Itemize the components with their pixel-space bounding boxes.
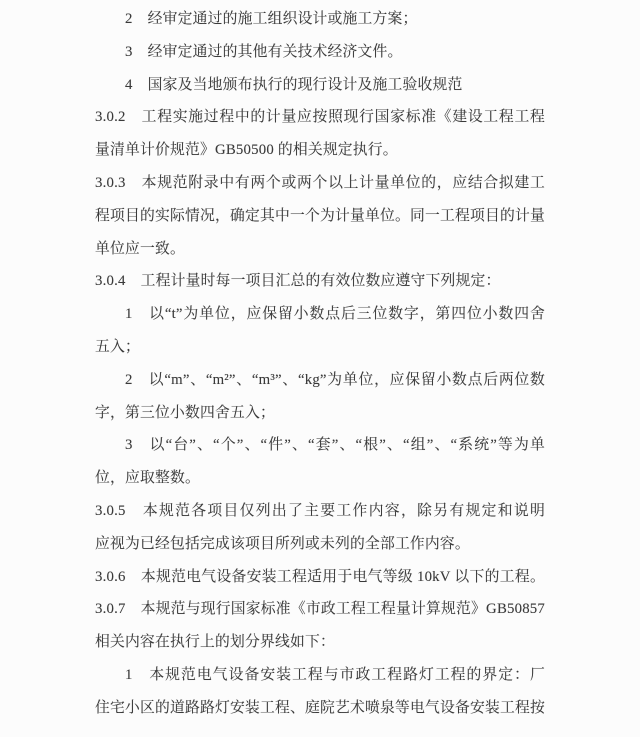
- clause-3-0-4-item-2-line-1: 2 以“m”、“m²”、“m³”、“kg”为单位，应保留小数点后两位数: [95, 364, 545, 397]
- clause-3-0-5-line-2: 应视为已经包括完成该项目所列或未列的全部工作内容。: [95, 528, 545, 561]
- list-item-4-line: 4 国家及当地颁布执行的现行设计及施工验收规范: [95, 69, 545, 102]
- clause-3-0-7-item-1-line-2: 住宅小区的道路路灯安装工程、庭院艺术喷泉等电气设备安装工程按: [95, 692, 545, 725]
- clause-3-0-5-line-1: 3.0.5 本规范各项目仅列出了主要工作内容，除另有规定和说明外，: [95, 495, 545, 528]
- clause-3-0-4-line-1: 3.0.4 工程计量时每一项目汇总的有效位数应遵守下列规定：: [95, 265, 545, 298]
- clause-3-0-6-line-1: 3.0.6 本规范电气设备安装工程适用于电气等级 10kV 以下的工程。: [95, 561, 545, 594]
- list-item-3-line: 3 经审定通过的其他有关技术经济文件。: [95, 36, 545, 69]
- clause-3-0-2-line-1: 3.0.2 工程实施过程中的计量应按照现行国家标准《建设工程工程: [95, 101, 545, 134]
- document-page: 2 经审定通过的施工组织设计或施工方案； 3 经审定通过的其他有关技术经济文件。…: [0, 0, 640, 737]
- document-text-block: 2 经审定通过的施工组织设计或施工方案； 3 经审定通过的其他有关技术经济文件。…: [95, 3, 545, 725]
- clause-3-0-3-line-3: 单位应一致。: [95, 233, 545, 266]
- clause-3-0-4-item-1-line-1: 1 以“t”为单位，应保留小数点后三位数字，第四位小数四舍: [95, 298, 545, 331]
- clause-3-0-4-item-3-line-1: 3 以“台”、“个”、“件”、“套”、“根”、“组”、“系统”等为单: [95, 429, 545, 462]
- clause-3-0-3-line-1: 3.0.3 本规范附录中有两个或两个以上计量单位的，应结合拟建工: [95, 167, 545, 200]
- clause-3-0-7-line-2: 相关内容在执行上的划分界线如下：: [95, 626, 545, 659]
- list-item-2-line: 2 经审定通过的施工组织设计或施工方案；: [95, 3, 545, 36]
- clause-3-0-4-item-3-line-2: 位，应取整数。: [95, 462, 545, 495]
- clause-3-0-3-line-2: 程项目的实际情况，确定其中一个为计量单位。同一工程项目的计量: [95, 200, 545, 233]
- clause-3-0-7-item-1-line-1: 1 本规范电气设备安装工程与市政工程路灯工程的界定：厂区、: [95, 659, 545, 692]
- clause-3-0-4-item-2-line-2: 字，第三位小数四舍五入；: [95, 397, 545, 430]
- clause-3-0-4-item-1-line-2: 五入；: [95, 331, 545, 364]
- clause-3-0-7-line-1: 3.0.7 本规范与现行国家标准《市政工程工程量计算规范》GB50857: [95, 593, 545, 626]
- clause-3-0-2-line-2: 量清单计价规范》GB50500 的相关规定执行。: [95, 134, 545, 167]
